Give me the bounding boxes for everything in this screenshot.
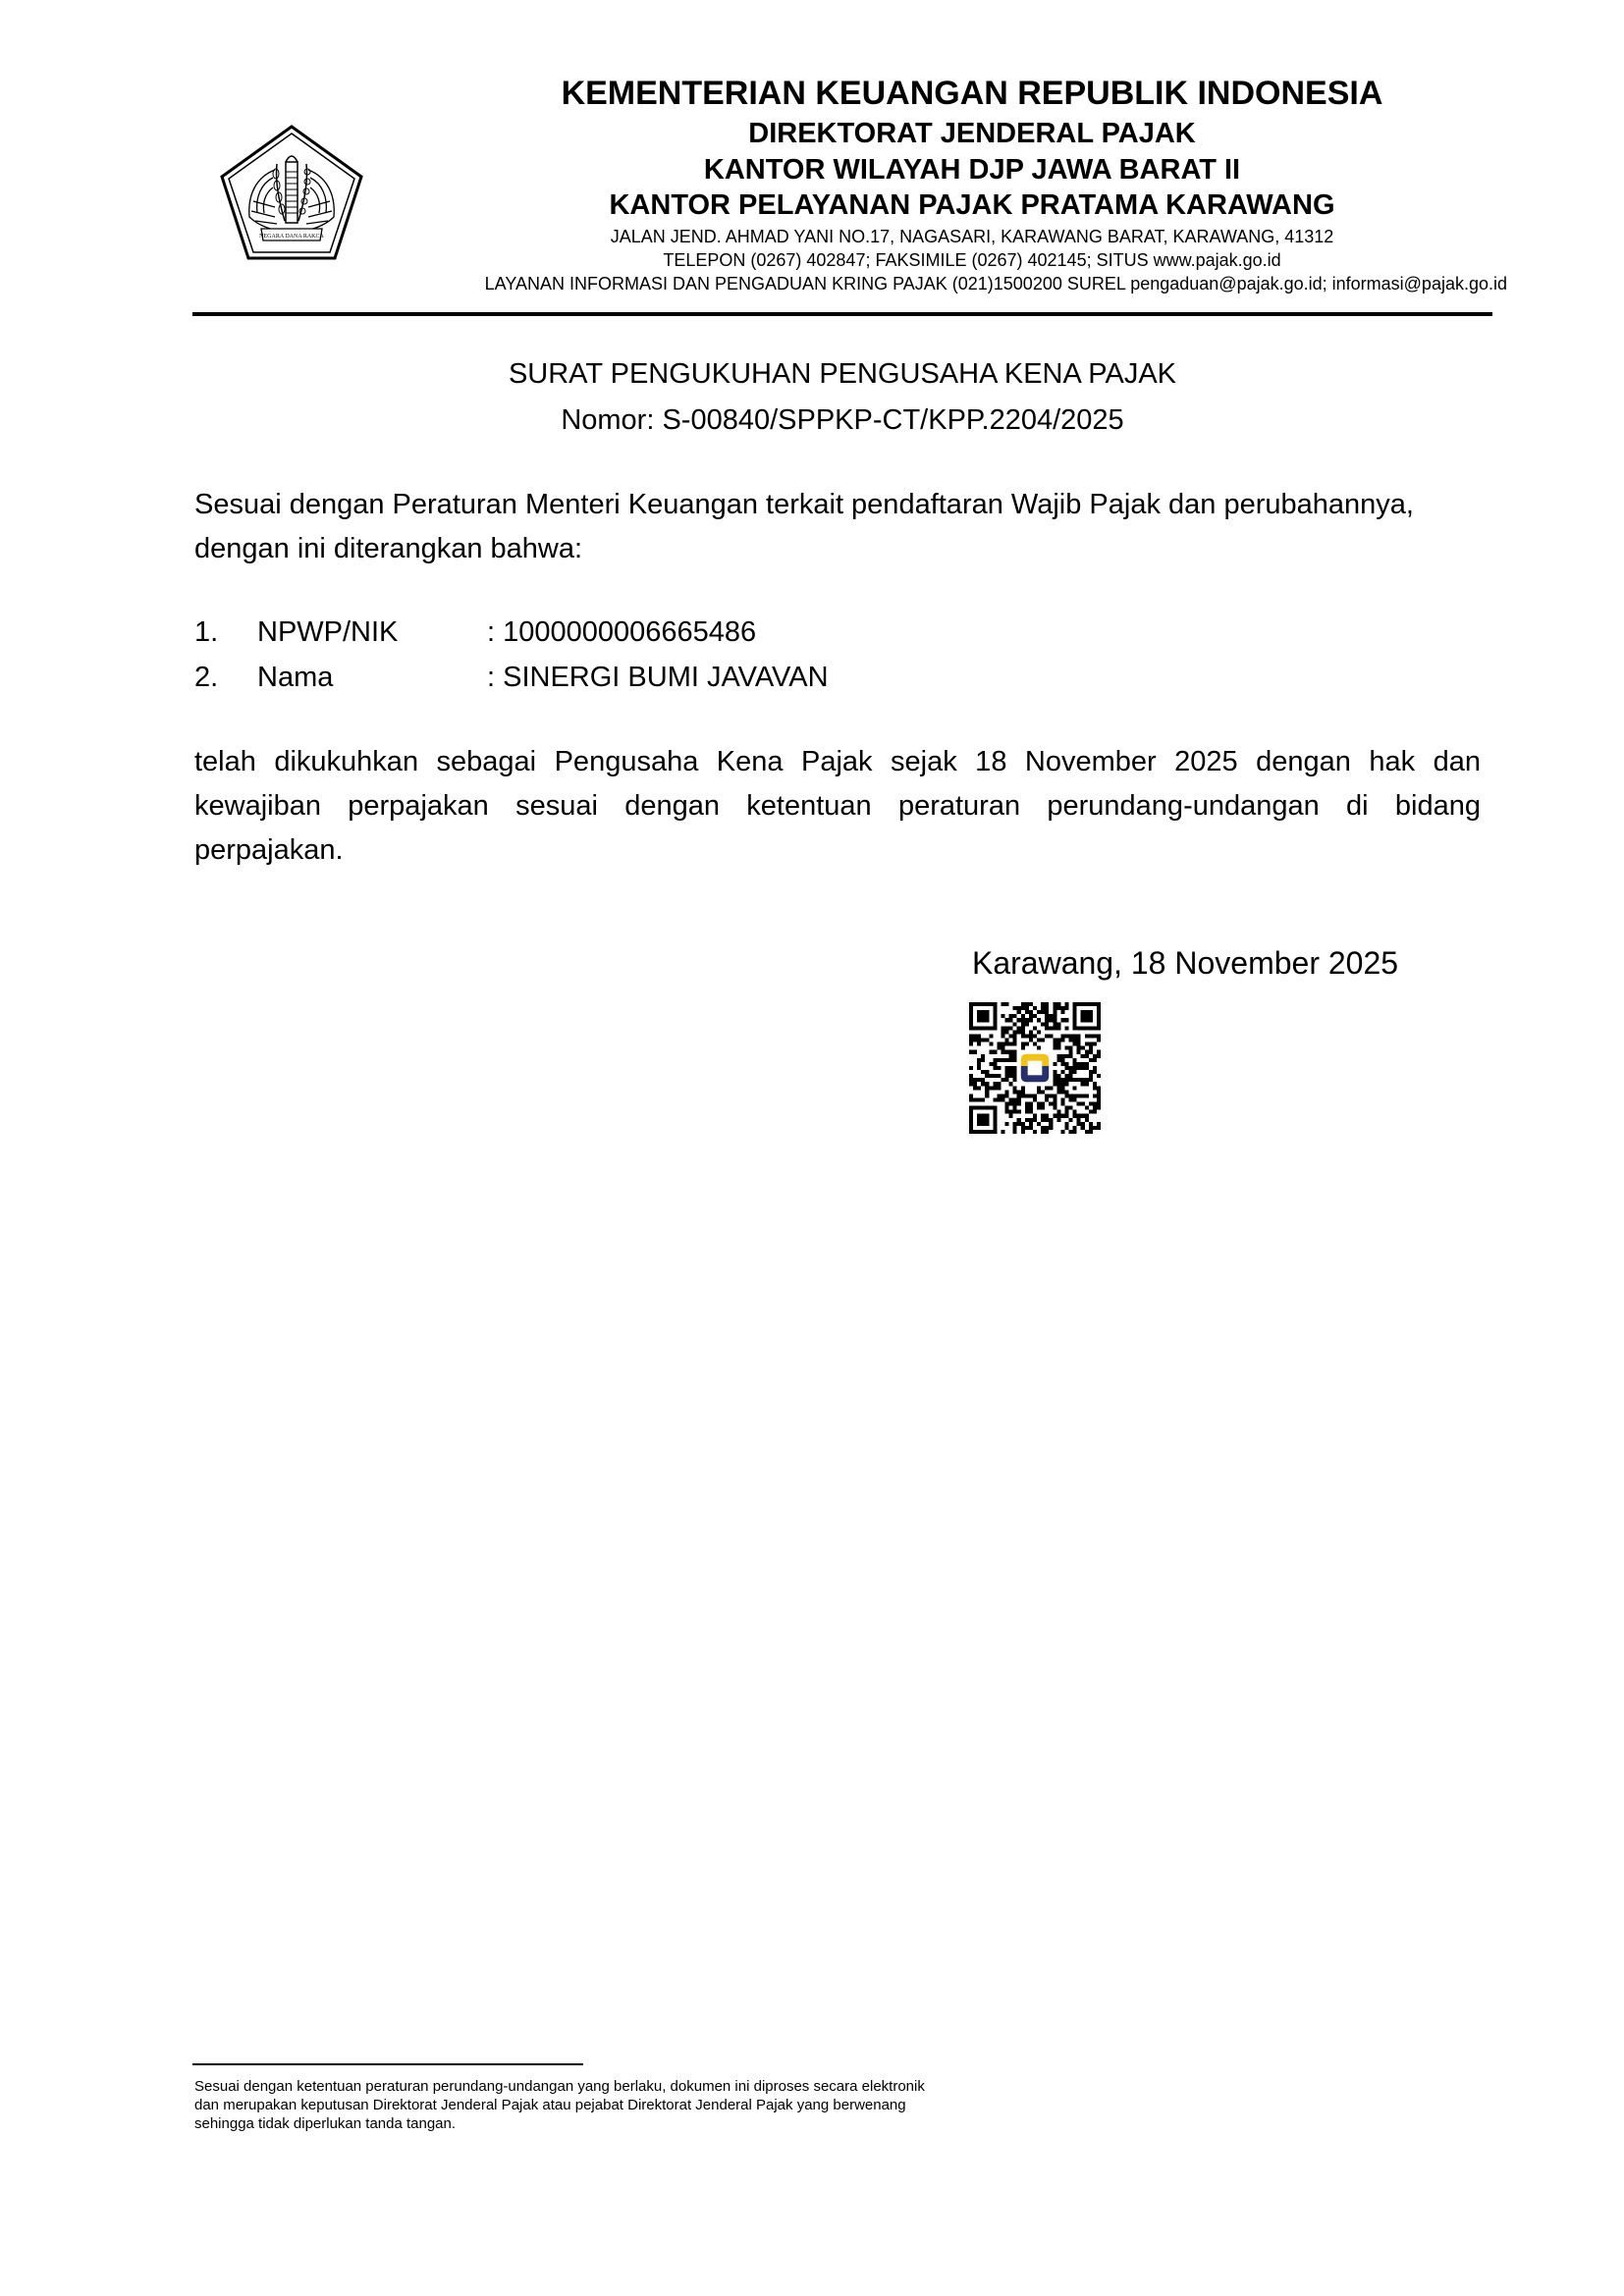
- list-item-value: : SINERGI BUMI JAVAVAN: [487, 662, 829, 694]
- document-title: SURAT PENGUKUHAN PENGUSAHA KENA PAJAK: [192, 358, 1492, 391]
- office-service-info: LAYANAN INFORMASI DAN PENGADUAN KRING PA…: [388, 274, 1507, 294]
- statement-paragraph: telah dikukuhkan sebagai Pengusaha Kena …: [194, 740, 1481, 873]
- letterhead-divider: [192, 312, 1492, 316]
- office-contact: TELEPON (0267) 402847; FAKSIMILE (0267) …: [353, 250, 1591, 271]
- document-number: Nomor: S-00840/SPPKP-CT/KPP.2204/2025: [192, 404, 1492, 437]
- footnote-separator: [192, 2063, 583, 2065]
- regional-office-name: KANTOR WILAYAH DJP JAWA BARAT II: [353, 154, 1591, 187]
- list-item-number: 1.: [194, 616, 218, 649]
- qr-code-icon: [969, 1002, 1101, 1134]
- intro-paragraph: Sesuai dengan Peraturan Menteri Keuangan…: [194, 483, 1481, 571]
- list-item-label: NPWP/NIK: [257, 616, 398, 649]
- list-item-npwp: 1. NPWP/NIK : 1000000006665486: [194, 616, 1078, 656]
- tax-office-name: KANTOR PELAYANAN PAJAK PRATAMA KARAWANG: [353, 189, 1591, 222]
- footnote-text: Sesuai dengan ketentuan peraturan perund…: [194, 2077, 941, 2133]
- ministry-emblem-icon: NEGARA DANA RAKCA: [218, 123, 365, 262]
- list-item-value: : 1000000006665486: [487, 616, 756, 649]
- ministry-name: KEMENTERIAN KEUANGAN REPUBLIK INDONESIA: [353, 75, 1591, 113]
- list-item-number: 2.: [194, 662, 218, 694]
- office-address: JALAN JEND. AHMAD YANI NO.17, NAGASARI, …: [353, 227, 1591, 247]
- svg-text:NEGARA DANA RAKCA: NEGARA DANA RAKCA: [259, 234, 324, 240]
- list-item-name: 2. Nama : SINERGI BUMI JAVAVAN: [194, 662, 1078, 701]
- place-and-date: Karawang, 18 November 2025: [972, 945, 1398, 982]
- list-item-label: Nama: [257, 662, 333, 694]
- directorate-name: DIREKTORAT JENDERAL PAJAK: [353, 118, 1591, 150]
